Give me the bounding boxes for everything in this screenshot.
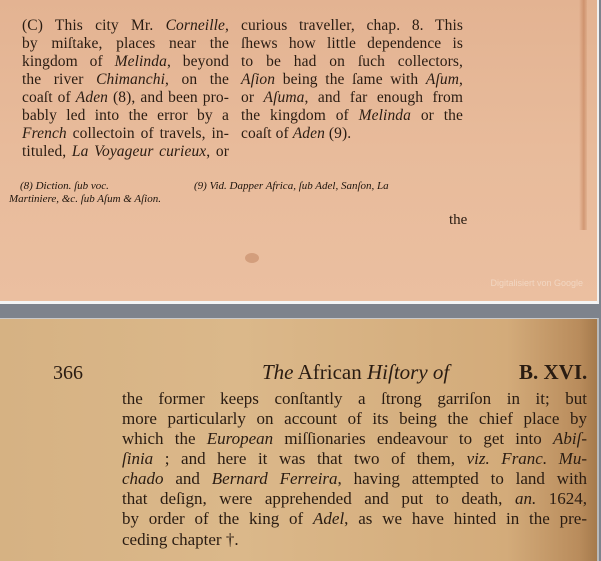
text-line: to be had on ſuch collectors, (241, 53, 463, 71)
text-span: , or (206, 143, 229, 160)
text-span: (C) This city Mr. (22, 17, 166, 34)
catchword: the (449, 212, 467, 229)
text-line: ſhews how little dependence is (241, 35, 463, 53)
text-span: bably led into the error by a (22, 107, 229, 124)
text-line: ceding chapter †. (122, 530, 587, 550)
footnote-9: (9) Vid. Dapper Africa, ſub Adel, Sanſon… (194, 180, 389, 192)
text-line: by order of the king of Adel, as we have… (122, 509, 587, 529)
text-span: Abiſ- (553, 429, 587, 448)
text-span: the former keeps conſtantly a ſtrong gar… (122, 389, 587, 408)
text-span: an. (515, 489, 536, 508)
text-span: , (225, 17, 229, 34)
page-number: 366 (53, 362, 83, 385)
text-span: (8), and been pro- (108, 89, 229, 106)
text-span: La Voyageur curieux (72, 143, 206, 160)
text-line: which the European miſſionaries endeavou… (122, 429, 587, 449)
running-head-history: Hiſtory (367, 360, 428, 384)
text-line: that deſign, were apprehended and put to… (122, 489, 587, 509)
footnote-continuation: Martiniere, &c. ſub Aſum & Aſion. (9, 193, 161, 205)
text-span: ſhews how little dependence is (241, 35, 463, 52)
text-span: French (22, 125, 67, 142)
text-line: by miſtake, places near the (22, 35, 229, 53)
text-span: coaſt of (22, 89, 76, 106)
text-line: tituled, La Voyageur curieux, or (22, 143, 229, 161)
text-span: and (164, 469, 212, 488)
text-line: the river Chimanchi, on the (22, 71, 229, 89)
text-span: , on the (165, 71, 229, 88)
text-span: Aſion (241, 71, 275, 88)
running-head-african: African (294, 360, 367, 384)
book-number: B. XVI. (519, 360, 587, 385)
text-span: coaſt of (241, 125, 293, 142)
text-line: coaſt of Aden (8), and been pro- (22, 89, 229, 107)
text-span: Corneille (166, 17, 225, 34)
scanned-page-top: (C) This city Mr. Corneille,by miſtake, … (0, 0, 599, 304)
text-span: Adel (313, 509, 344, 528)
paper-stain (245, 253, 259, 263)
text-span: Aſuma (264, 89, 305, 106)
text-span: , having attempted to land with (338, 469, 587, 488)
text-line: chado and Bernard Ferreira, having attem… (122, 469, 587, 489)
text-line: the former keeps conſtantly a ſtrong gar… (122, 389, 587, 409)
text-span: Chimanchi (96, 71, 165, 88)
text-line: the kingdom of Melinda or the (241, 107, 463, 125)
text-span: Aden (76, 89, 108, 106)
text-span: ceding chapter †. (122, 530, 239, 549)
text-span: to be had on ſuch collectors, (241, 53, 463, 70)
text-span: , beyond (167, 53, 229, 70)
text-span: by order of the king of (122, 509, 313, 528)
text-span: that deſign, were apprehended and put to… (122, 489, 515, 508)
text-line: or Aſuma, and far enough from (241, 89, 463, 107)
running-head-the: The (262, 360, 294, 384)
text-span: Bernard Ferreira (212, 469, 338, 488)
text-span: more particularly on account of its bein… (122, 409, 587, 428)
text-span: the river (22, 71, 96, 88)
text-span: , as we have hinted in the pre- (344, 509, 587, 528)
text-span: 1624, (536, 489, 587, 508)
footnote-8: (8) Diction. ſub voc. (20, 180, 109, 192)
running-head: The African Hiſtory of (262, 360, 449, 385)
text-span: chado (122, 469, 164, 488)
text-span: , and far enough from (304, 89, 463, 106)
text-span: viz. Franc. Mu- (467, 449, 587, 468)
text-span: curious traveller, chap. 8. This (241, 17, 463, 34)
text-span: miſſionaries endeavour to get into (273, 429, 553, 448)
text-line: kingdom of Melinda, beyond (22, 53, 229, 71)
text-line: more particularly on account of its bein… (122, 409, 587, 429)
text-line: French collectoin of travels, in- (22, 125, 229, 143)
text-span: Aden (293, 125, 325, 142)
running-head-of: of (428, 360, 450, 384)
text-span: or the (411, 107, 463, 124)
text-span: ; and here it was that two of them, (153, 449, 466, 468)
text-span: the kingdom of (241, 107, 359, 124)
text-line: Aſion being the ſame with Aſum, (241, 71, 463, 89)
text-span: by miſtake, places near the (22, 35, 229, 52)
text-span: ſinia (122, 449, 153, 468)
text-span: collectoin of travels, in- (67, 125, 229, 142)
text-line: ſinia ; and here it was that two of them… (122, 449, 587, 469)
text-span: , (459, 71, 463, 88)
text-span: being the ſame with (275, 71, 426, 88)
text-span: which the (122, 429, 207, 448)
text-span: Melinda (115, 53, 167, 70)
text-line: curious traveller, chap. 8. This (241, 17, 463, 35)
text-span: tituled, (22, 143, 72, 160)
text-line: (C) This city Mr. Corneille, (22, 17, 229, 35)
text-span: kingdom of (22, 53, 115, 70)
text-line: coaſt of Aden (9). (241, 125, 463, 143)
text-span: European (207, 429, 273, 448)
text-line: bably led into the error by a (22, 107, 229, 125)
text-span: or (241, 89, 264, 106)
text-span: (9). (325, 125, 351, 142)
google-watermark: Digitalisiert von Google (490, 278, 583, 288)
text-span: Aſum (426, 71, 459, 88)
text-span: Melinda (359, 107, 411, 124)
